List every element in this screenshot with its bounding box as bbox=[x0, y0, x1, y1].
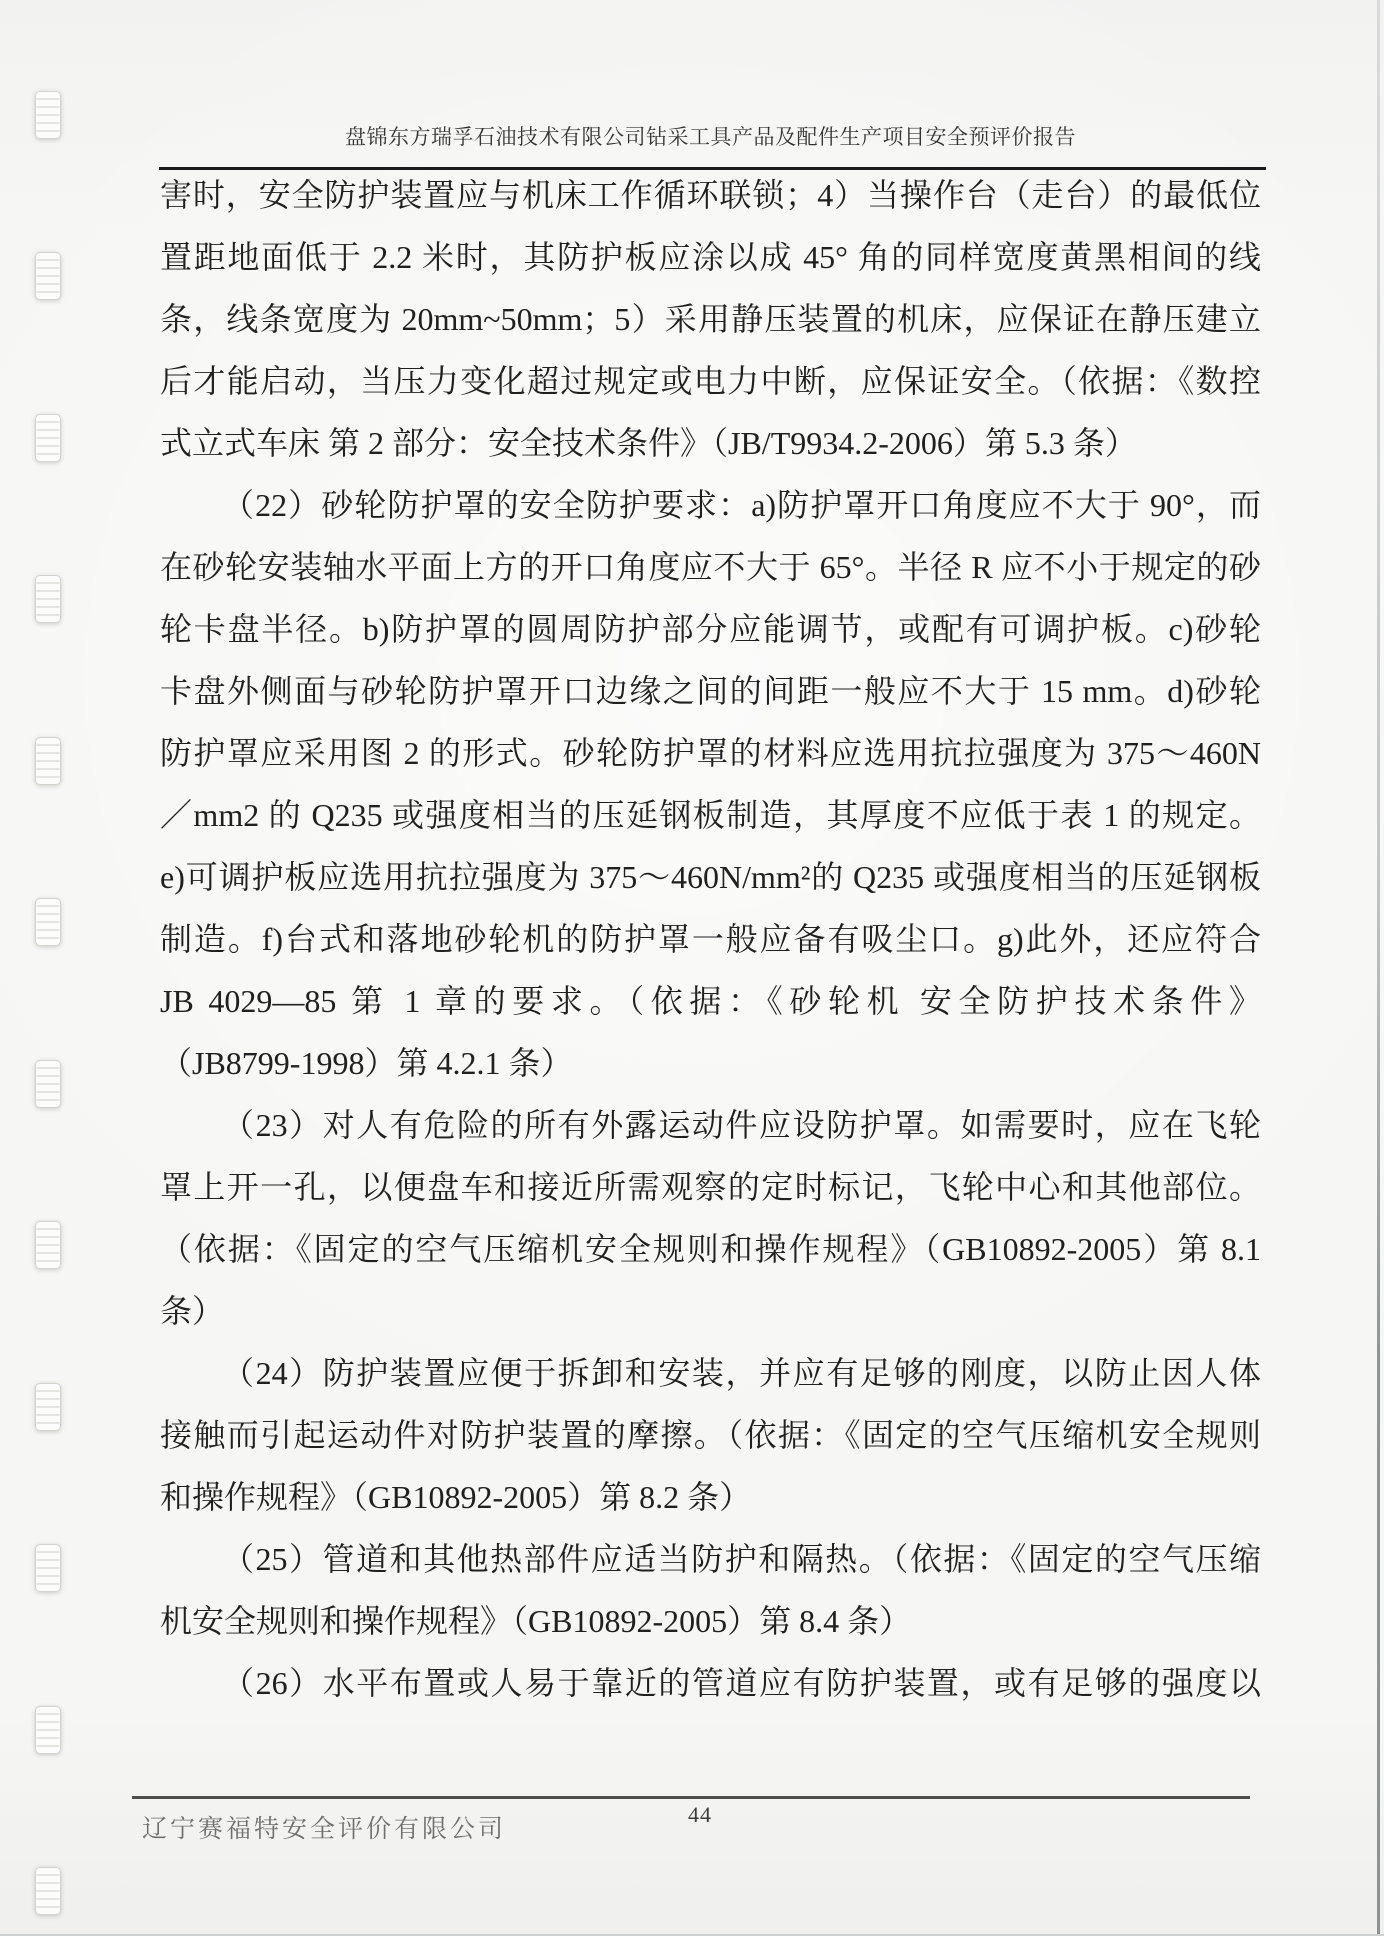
body-line: 置距地面低于 2.2 米时，其防护板应涂以成 45° 角的同样宽度黄黑相间的线 bbox=[160, 226, 1261, 288]
body-line: （22）砂轮防护罩的安全防护要求：a)防护罩开口角度应不大于 90°，而 bbox=[160, 474, 1261, 536]
binding-hole bbox=[35, 898, 61, 946]
body-line: 防护罩应采用图 2 的形式。砂轮防护罩的材料应选用抗拉强度为 375～460N bbox=[160, 722, 1261, 784]
body-line: 接触而引起运动件对防护装置的摩擦。（依据：《固定的空气压缩机安全规则 bbox=[160, 1404, 1261, 1466]
body-line: （依据：《固定的空气压缩机安全规则和操作规程》（GB10892-2005）第 8… bbox=[160, 1218, 1261, 1280]
body-line: 和操作规程》（GB10892-2005）第 8.2 条） bbox=[160, 1466, 1261, 1528]
footer-company-name: 辽宁赛福特安全评价有限公司 bbox=[142, 1809, 506, 1845]
body-line: （24）防护装置应便于拆卸和安装，并应有足够的刚度，以防止因人体 bbox=[160, 1342, 1261, 1404]
document-body: 害时，安全防护装置应与机床工作循环联锁；4）当操作台（走台）的最低位 置距地面低… bbox=[160, 164, 1261, 1714]
page-header-title: 盘锦东方瑞孚石油技术有限公司钻采工具产品及配件生产项目安全预评价报告 bbox=[160, 124, 1261, 150]
body-line: （26）水平布置或人易于靠近的管道应有防护装置，或有足够的强度以 bbox=[160, 1652, 1261, 1714]
binding-hole bbox=[35, 91, 61, 139]
binding-hole bbox=[35, 1221, 61, 1269]
body-line: 轮卡盘半径。b)防护罩的圆周防护部分应能调节，或配有可调护板。c)砂轮 bbox=[160, 598, 1261, 660]
binding-hole bbox=[35, 414, 61, 462]
body-line: e)可调护板应选用抗拉强度为 375～460N/mm²的 Q235 或强度相当的… bbox=[160, 846, 1261, 908]
body-line: 罩上开一孔，以便盘车和接近所需观察的定时标记，飞轮中心和其他部位。 bbox=[160, 1156, 1261, 1218]
body-line: （JB8799-1998）第 4.2.1 条） bbox=[160, 1032, 1261, 1094]
binding-hole bbox=[35, 1706, 61, 1754]
body-line: 卡盘外侧面与砂轮防护罩开口边缘之间的间距一般应不大于 15 mm。d)砂轮 bbox=[160, 660, 1261, 722]
body-line: ／mm2 的 Q235 或强度相当的压延钢板制造，其厚度不应低于表 1 的规定。 bbox=[160, 784, 1261, 846]
body-line: 条） bbox=[160, 1280, 1261, 1342]
body-line: 条，线条宽度为 20mm~50mm；5）采用静压装置的机床，应保证在静压建立 bbox=[160, 288, 1261, 350]
body-line: 机安全规则和操作规程》（GB10892-2005）第 8.4 条） bbox=[160, 1590, 1261, 1652]
binding-hole bbox=[35, 1383, 61, 1431]
binding-hole bbox=[35, 1867, 61, 1915]
scanned-document-page: 盘锦东方瑞孚石油技术有限公司钻采工具产品及配件生产项目安全预评价报告 害时，安全… bbox=[0, 0, 1384, 1936]
body-line: 后才能启动，当压力变化超过规定或电力中断，应保证安全。（依据：《数控 bbox=[160, 350, 1261, 412]
footer-rule bbox=[132, 1796, 1250, 1799]
body-line: 害时，安全防护装置应与机床工作循环联锁；4）当操作台（走台）的最低位 bbox=[160, 164, 1261, 226]
body-line: （25）管道和其他热部件应适当防护和隔热。（依据：《固定的空气压缩 bbox=[160, 1528, 1261, 1590]
body-line: 在砂轮安装轴水平面上方的开口角度应不大于 65°。半径 R 应不小于规定的砂 bbox=[160, 536, 1261, 598]
binding-hole bbox=[35, 1544, 61, 1592]
page-number: 44 bbox=[688, 1802, 712, 1828]
scan-edge-artifact bbox=[1377, 0, 1380, 1936]
body-line: JB 4029—85 第 1 章的要求。（依据：《砂轮机 安全防护技术条件》 bbox=[160, 970, 1261, 1032]
body-line: 制造。f)台式和落地砂轮机的防护罩一般应备有吸尘口。g)此外，还应符合 bbox=[160, 908, 1261, 970]
binding-hole bbox=[35, 737, 61, 785]
body-line: 式立式车床 第 2 部分：安全技术条件》（JB/T9934.2-2006）第 5… bbox=[160, 412, 1261, 474]
body-line: （23）对人有危险的所有外露运动件应设防护罩。如需要时，应在飞轮 bbox=[160, 1094, 1261, 1156]
binding-hole bbox=[35, 252, 61, 300]
binding-hole bbox=[35, 1060, 61, 1108]
binding-hole bbox=[35, 575, 61, 623]
